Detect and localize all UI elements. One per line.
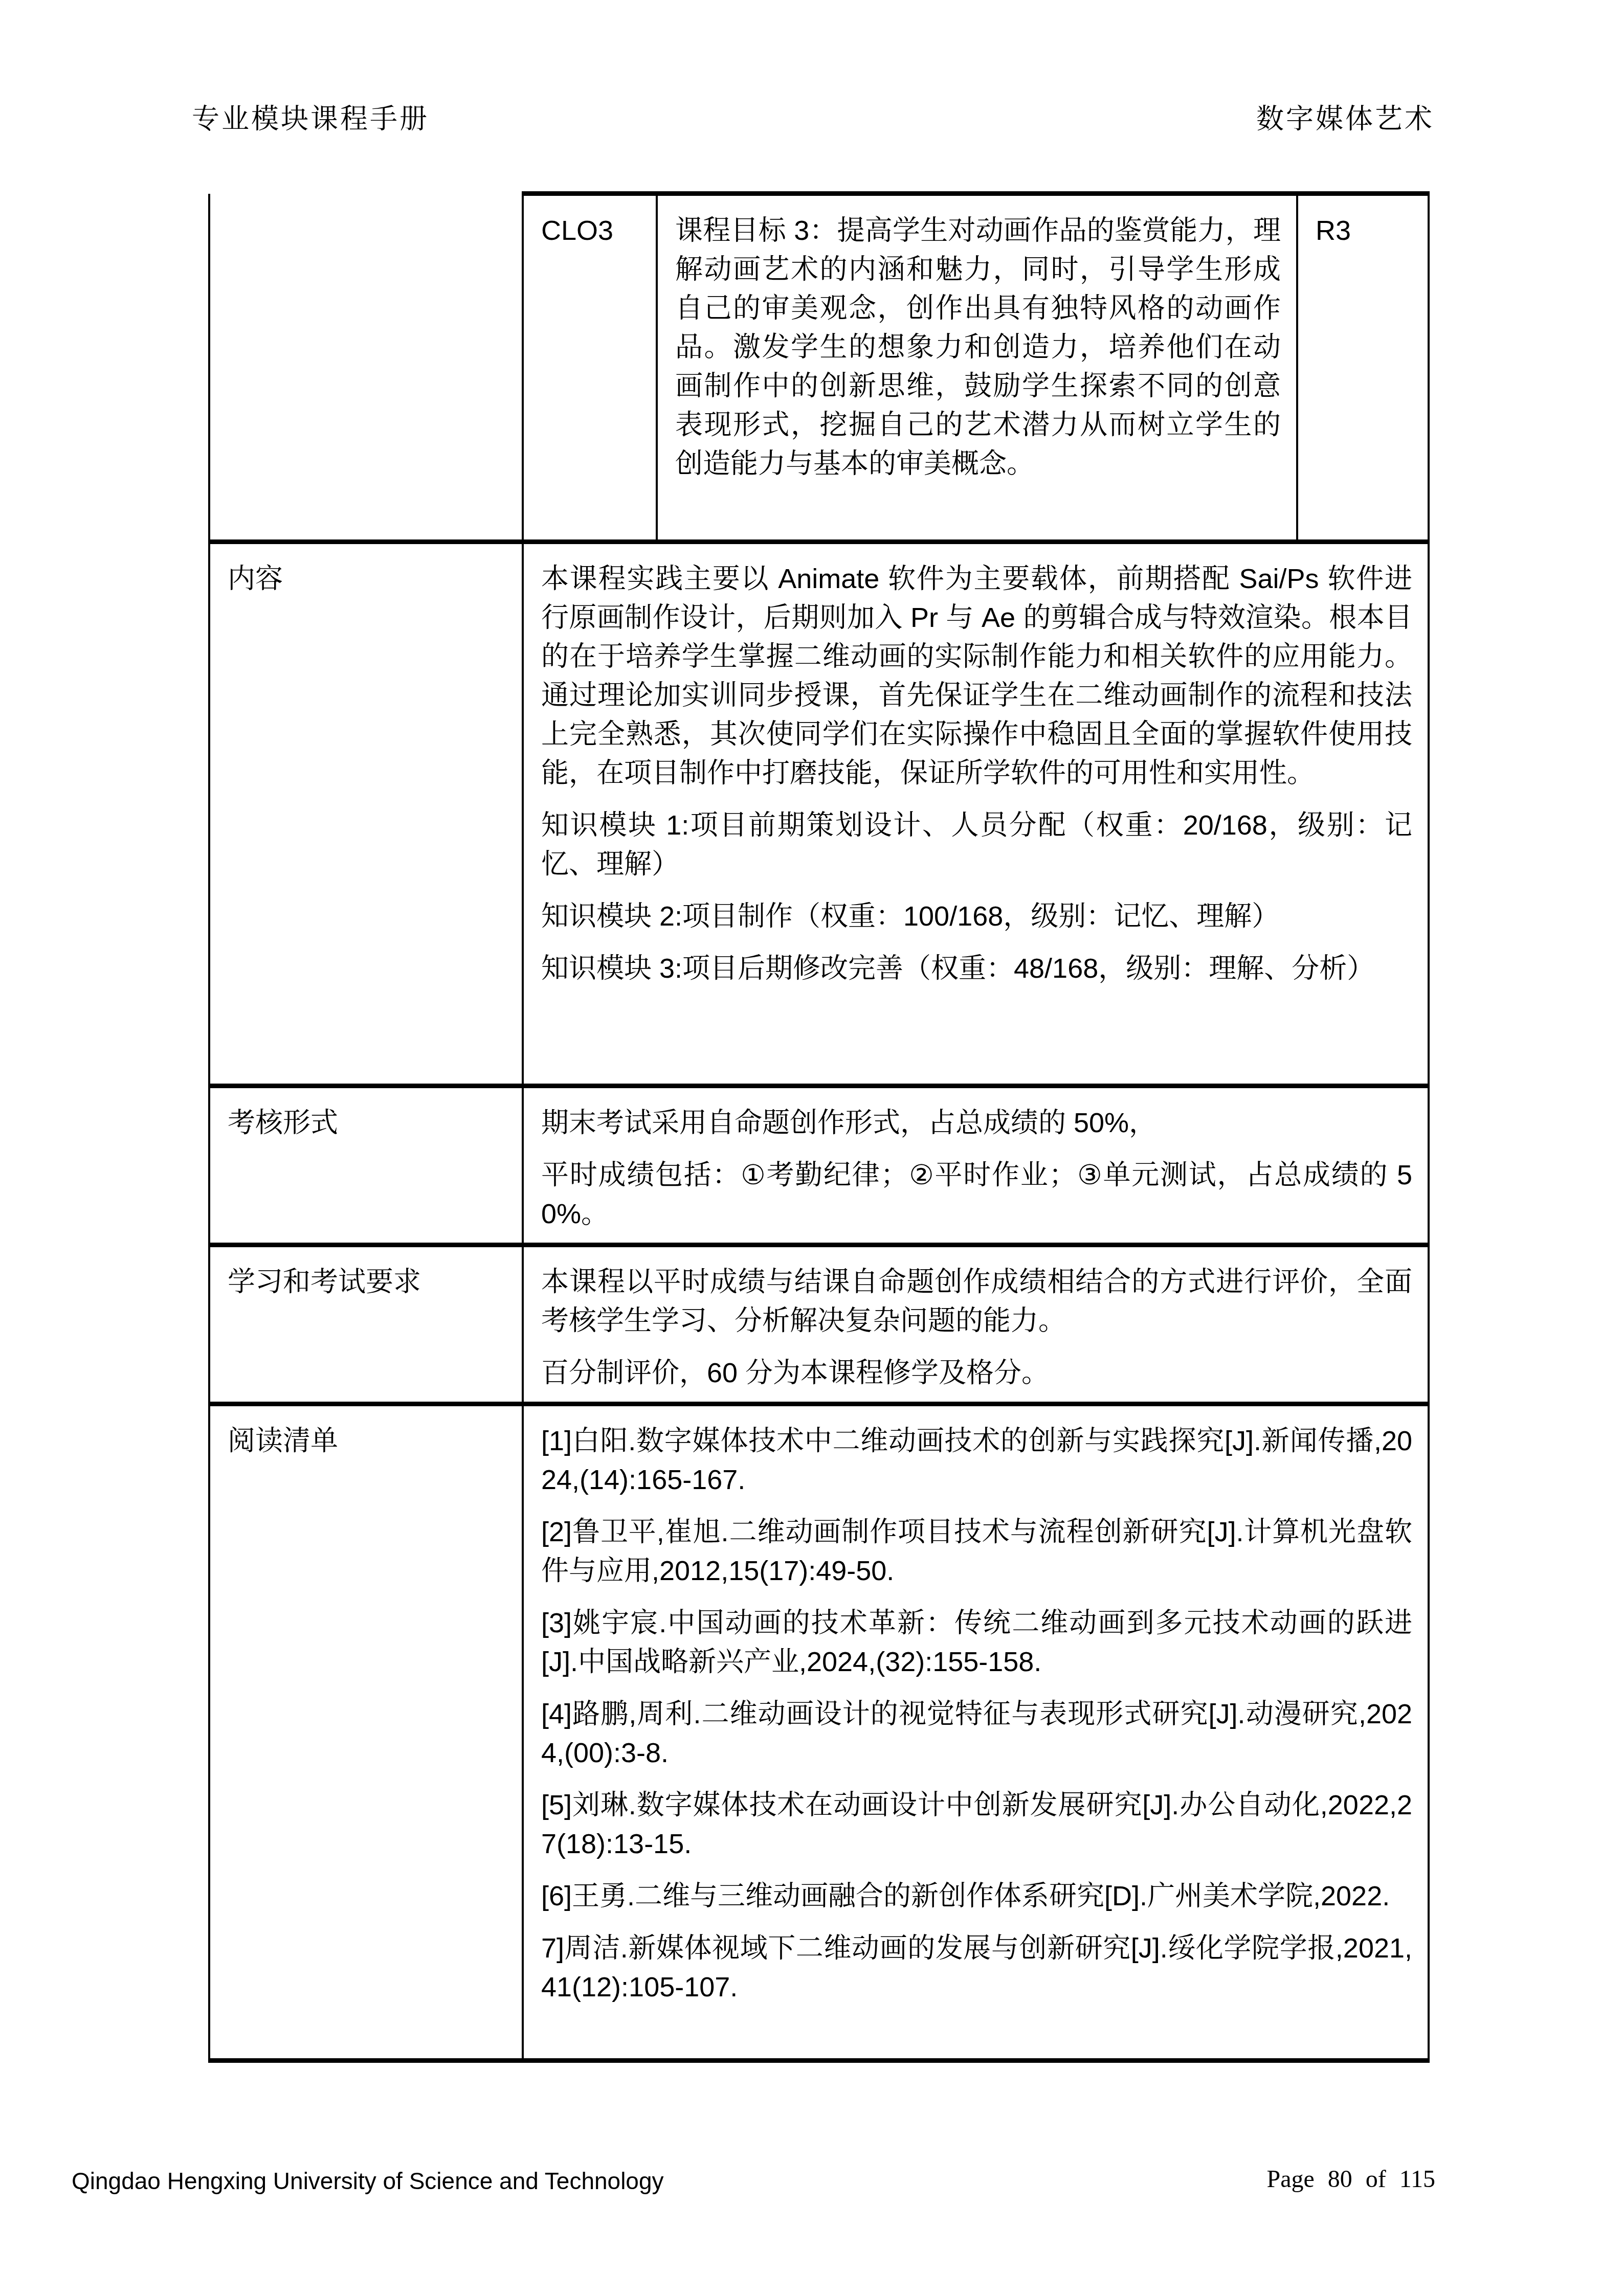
assessment-section-cell: 期末考试采用自命题创作形式，占总成绩的 50%， 平时成绩包括：①考勤纪律；②平…	[523, 1086, 1429, 1245]
reading-list-cell: [1]白阳.数字媒体技术中二维动画技术的创新与实践探究[J].新闻传播,2024…	[523, 1404, 1429, 2061]
paragraph: 百分制评价，60 分为本课程修学及格分。	[541, 1354, 1412, 1392]
requirements-section-cell: 本课程以平时成绩与结课自命题创作成绩相结合的方式进行评价，全面考核学生学习、分析…	[523, 1245, 1429, 1404]
section-label-cell: 内容	[209, 542, 523, 1086]
paragraph: 知识模块 2:项目制作（权重：100/168，级别：记忆、理解）	[541, 897, 1412, 936]
paragraph: 期末考试采用自命题创作形式，占总成绩的 50%，	[541, 1104, 1412, 1142]
clo-code-cell: CLO3	[523, 194, 657, 542]
section-label: 内容	[228, 564, 283, 594]
section-label: 考核形式	[228, 1108, 338, 1138]
section-label-cell: 学习和考试要求	[209, 1245, 523, 1404]
document-page: 专业模块课程手册 数字媒体艺术 CLO3 课程目标 3：提高学生对动画作品的鉴赏…	[0, 0, 1624, 2296]
reference-item: [5]刘琳.数字媒体技术在动画设计中创新发展研究[J].办公自动化,2022,2…	[541, 1786, 1412, 1863]
content-row: 内容 本课程实践主要以 Animate 软件为主要载体，前期搭配 Sai/Ps …	[209, 542, 1429, 1086]
reference-item: [4]路鹏,周利.二维动画设计的视觉特征与表现形式研究[J].动漫研究,2024…	[541, 1695, 1412, 1772]
paragraph: 知识模块 3:项目后期修改完善（权重：48/168，级别：理解、分析）	[541, 949, 1412, 988]
section-label: 学习和考试要求	[228, 1267, 421, 1297]
clo-mapping-cell: R3	[1297, 194, 1429, 542]
paragraph: 知识模块 1:项目前期策划设计、人员分配（权重：20/168，级别：记忆、理解）	[541, 806, 1412, 884]
content-section-cell: 本课程实践主要以 Animate 软件为主要载体，前期搭配 Sai/Ps 软件进…	[523, 542, 1429, 1086]
paragraph: 本课程以平时成绩与结课自命题创作成绩相结合的方式进行评价，全面考核学生学习、分析…	[541, 1263, 1412, 1340]
assessment-row: 考核形式 期末考试采用自命题创作形式，占总成绩的 50%， 平时成绩包括：①考勤…	[209, 1086, 1429, 1245]
reference-item: [2]鲁卫平,崔旭.二维动画制作项目技术与流程创新研究[J].计算机光盘软件与应…	[541, 1513, 1412, 1590]
header-right-title: 数字媒体艺术	[1256, 97, 1434, 137]
footer-page-number: Page 80 of 115	[1266, 2165, 1435, 2193]
course-info-table: CLO3 课程目标 3：提高学生对动画作品的鉴赏能力，理解动画艺术的内涵和魅力，…	[208, 191, 1430, 2063]
reference-item: [3]姚宇宸.中国动画的技术革新：传统二维动画到多元技术动画的跃进[J].中国战…	[541, 1604, 1412, 1681]
continued-label-cell	[209, 194, 523, 542]
reference-item: [1]白阳.数字媒体技术中二维动画技术的创新与实践探究[J].新闻传播,2024…	[541, 1422, 1412, 1499]
paragraph: 本课程实践主要以 Animate 软件为主要载体，前期搭配 Sai/Ps 软件进…	[541, 559, 1412, 793]
section-label: 阅读清单	[228, 1426, 338, 1456]
paragraph: 平时成绩包括：①考勤纪律；②平时作业；③单元测试，占总成绩的 50%。	[541, 1156, 1412, 1233]
reference-item: [6]王勇.二维与三维动画融合的新创作体系研究[D].广州美术学院,2022.	[541, 1877, 1412, 1916]
reference-item: 7]周洁.新媒体视域下二维动画的发展与创新研究[J].绥化学院学报,2021,4…	[541, 1929, 1412, 2007]
clo-description-cell: 课程目标 3：提高学生对动画作品的鉴赏能力，理解动画艺术的内涵和魅力，同时，引导…	[657, 194, 1297, 542]
requirements-row: 学习和考试要求 本课程以平时成绩与结课自命题创作成绩相结合的方式进行评价，全面考…	[209, 1245, 1429, 1404]
clo-description: 课程目标 3：提高学生对动画作品的鉴赏能力，理解动画艺术的内涵和魅力，同时，引导…	[675, 211, 1281, 483]
footer-university: Qingdao Hengxing University of Science a…	[72, 2167, 664, 2195]
section-label-cell: 阅读清单	[209, 1404, 523, 2061]
header-left-title: 专业模块课程手册	[192, 97, 429, 137]
clo-row: CLO3 课程目标 3：提高学生对动画作品的鉴赏能力，理解动画艺术的内涵和魅力，…	[209, 194, 1429, 542]
reading-list-row: 阅读清单 [1]白阳.数字媒体技术中二维动画技术的创新与实践探究[J].新闻传播…	[209, 1404, 1429, 2061]
section-label-cell: 考核形式	[209, 1086, 523, 1245]
